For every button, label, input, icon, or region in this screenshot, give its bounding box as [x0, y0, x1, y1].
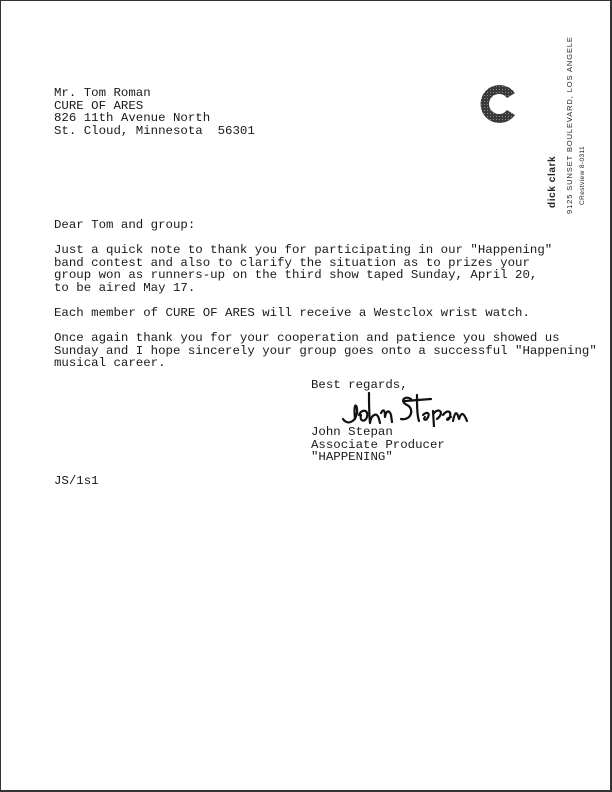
letterhead-address: 9125 SUNSET BOULEVARD, LOS ANGELE: [565, 36, 574, 214]
recipient-address: Mr. Tom RomanCURE OF ARES826 11th Avenue…: [54, 87, 255, 137]
reference-initials: JS/1s1: [54, 475, 99, 488]
recipient-street: 826 11th Avenue North: [54, 112, 255, 125]
body-paragraph-3: Once again thank you for your cooperatio…: [54, 332, 597, 370]
recipient-city: St. Cloud, Minnesota 56301: [54, 125, 255, 138]
signature-block: John StepanAssociate Producer"HAPPENING": [311, 426, 445, 464]
letterhead-brand: dick clark: [547, 156, 558, 208]
body-paragraph-2: Each member of CURE OF ARES will receive…: [54, 307, 530, 320]
signer-show: "HAPPENING": [311, 451, 445, 464]
handwritten-signature: [339, 389, 469, 427]
recipient-name: Mr. Tom Roman: [54, 87, 255, 100]
letter-page: dick clark 9125 SUNSET BOULEVARD, LOS AN…: [0, 0, 612, 792]
signer-name: John Stepan: [311, 426, 445, 439]
letterhead-phone: CRestview 8-0311: [579, 146, 586, 205]
c-logo-icon: [474, 79, 524, 129]
salutation: Dear Tom and group:: [54, 219, 195, 232]
body-paragraph-1: Just a quick note to thank you for parti…: [54, 244, 552, 294]
